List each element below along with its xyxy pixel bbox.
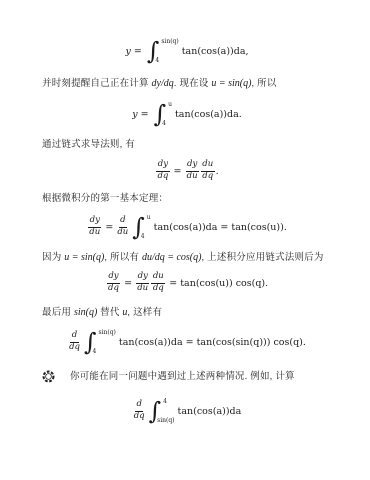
integral-lower-limit: sin(q) bbox=[157, 418, 174, 424]
formula-y-integral-u: y = ∫ u 4 tan(cos(a))da. bbox=[42, 99, 332, 129]
integral-limits: u 4 bbox=[145, 214, 151, 241]
integral: ∫ u 4 bbox=[154, 101, 172, 128]
fraction-denominator: du bbox=[137, 284, 148, 294]
paragraph: 根据微积分的第一基本定理： bbox=[42, 190, 332, 207]
integral: ∫ sin(q) 4 bbox=[147, 38, 179, 65]
fraction: dydu bbox=[136, 272, 149, 294]
integrand: tan(cos(a))da bbox=[154, 222, 218, 233]
formula-rhs: tan(cos(sin(q))) cos(q). bbox=[197, 337, 306, 348]
integral-lower-limit: 4 bbox=[155, 58, 178, 64]
formula-chain-rule: dydq = dydu dudq . bbox=[42, 159, 332, 183]
fraction: ddu bbox=[117, 216, 128, 238]
fraction-numerator: du bbox=[151, 272, 165, 283]
integral-lower-limit: 4 bbox=[141, 234, 151, 240]
formula-y-integral-sinq: y = ∫ sin(q) 4 tan(cos(a))da, bbox=[42, 36, 332, 66]
text-run: , 上述积分应用链式法则后为 bbox=[201, 252, 323, 263]
fraction: ddq bbox=[69, 331, 80, 353]
equals-sign: = bbox=[174, 166, 182, 177]
formula-lhs: y = bbox=[125, 46, 141, 57]
text-run: , 这样有 bbox=[127, 307, 162, 318]
fraction-numerator: d bbox=[119, 216, 127, 227]
inline-math: sin(q) bbox=[74, 307, 97, 318]
integral-upper-limit: sin(q) bbox=[161, 39, 178, 45]
integrand: tan(cos(a))da bbox=[178, 406, 242, 417]
fraction: dydq bbox=[107, 272, 120, 294]
text-run: 最后用 bbox=[42, 307, 74, 318]
fraction-numerator: dy bbox=[88, 216, 101, 227]
integral-upper-limit: u bbox=[168, 102, 172, 108]
integral-lower-limit: 4 bbox=[92, 349, 115, 355]
equals-sign: = bbox=[220, 222, 228, 233]
fraction-numerator: dy bbox=[186, 160, 199, 171]
text-run: 根据微积分的第一基本定理： bbox=[42, 193, 168, 204]
formula-lhs: y = bbox=[132, 109, 148, 120]
fraction-denominator: dq bbox=[202, 172, 213, 182]
integrand: tan(cos(a))da, bbox=[182, 46, 249, 57]
lifebuoy-icon bbox=[42, 370, 55, 383]
fraction-denominator: dq bbox=[153, 284, 164, 294]
fraction-numerator: dy bbox=[156, 160, 169, 171]
formula-rhs: tan(cos(u)). bbox=[231, 222, 286, 233]
formula-chain-rule-applied: dydq = dydu dudq = tan(cos(u)) cos(q). bbox=[42, 271, 332, 295]
paragraph: 最后用 sin(q) 替代 u, 这样有 bbox=[42, 304, 332, 321]
integral: ∫ sin(q) 4 bbox=[84, 329, 116, 356]
fraction: ddq bbox=[134, 400, 145, 422]
integrand: tan(cos(a))da bbox=[119, 337, 183, 348]
fraction-denominator: dq bbox=[134, 412, 145, 422]
fraction-denominator: du bbox=[187, 172, 198, 182]
text-run: 你可能在同一问题中遇到过上述两种情况. 例如, 计算 bbox=[70, 371, 295, 382]
inline-math: du/dq = cos(q) bbox=[142, 252, 202, 263]
integral-limits: u 4 bbox=[166, 101, 172, 128]
fraction-numerator: du bbox=[201, 160, 215, 171]
integral-limits: sin(q) 4 bbox=[159, 38, 178, 65]
formula-example-problem: ddq ∫ 4 sin(q) tan(cos(a))da bbox=[42, 394, 332, 428]
integral-lower-limit: 4 bbox=[162, 121, 172, 127]
fraction-numerator: dy bbox=[136, 272, 149, 283]
fraction-denominator: dq bbox=[69, 343, 80, 353]
text-run: . 现在设 bbox=[174, 78, 212, 89]
note-row: 你可能在同一问题中遇到过上述两种情况. 例如, 计算 bbox=[42, 368, 332, 385]
fraction-numerator: d bbox=[135, 400, 143, 411]
integral: ∫ 4 sin(q) bbox=[149, 398, 175, 425]
text-run: 并时刻提醒自己正在计算 bbox=[42, 78, 152, 89]
integrand: tan(cos(a))da. bbox=[175, 109, 242, 120]
integral: ∫ u 4 bbox=[132, 214, 150, 241]
fraction-denominator: du bbox=[89, 228, 100, 238]
paragraph: 因为 u = sin(q), 所以有 du/dq = cos(q), 上述积分应… bbox=[42, 249, 332, 266]
text-run: , 所以有 bbox=[104, 252, 142, 263]
paragraph: 通过链式求导法则, 有 bbox=[42, 136, 332, 153]
fraction: dydu bbox=[186, 160, 199, 182]
equals-sign: = bbox=[186, 337, 194, 348]
fraction-numerator: d bbox=[70, 331, 78, 342]
fraction: dydq bbox=[156, 160, 169, 182]
text-run: 通过链式求导法则, 有 bbox=[42, 139, 135, 150]
paragraph: 并时刻提醒自己正在计算 dy/dq. 现在设 u = sin(q), 所以 bbox=[42, 75, 332, 92]
equals-sign: = bbox=[124, 278, 132, 289]
fraction: dudq bbox=[201, 160, 215, 182]
integral-limits: sin(q) 4 bbox=[96, 329, 115, 356]
formula-final-result: ddq ∫ sin(q) 4 tan(cos(a))da = tan(cos(s… bbox=[42, 327, 332, 357]
fraction-denominator: dq bbox=[157, 172, 168, 182]
text-run: 因为 bbox=[42, 252, 64, 263]
book-page: y = ∫ sin(q) 4 tan(cos(a))da, 并时刻提醒自己正在计… bbox=[0, 0, 370, 480]
inline-math: u = sin(q) bbox=[64, 252, 104, 263]
integral-limits: 4 sin(q) bbox=[161, 398, 174, 425]
fraction: dudq bbox=[151, 272, 165, 294]
integral-upper-limit: sin(q) bbox=[98, 330, 115, 336]
text-run: 替代 bbox=[97, 307, 122, 318]
fraction-numerator: dy bbox=[107, 272, 120, 283]
equals-sign: = bbox=[169, 278, 177, 289]
inline-math: u = sin(q) bbox=[211, 78, 251, 89]
fraction-denominator: du bbox=[117, 228, 128, 238]
formula-rhs: tan(cos(u)) cos(q). bbox=[180, 278, 268, 289]
integral-upper-limit: 4 bbox=[163, 399, 174, 405]
formula-ftc: dydu = ddu ∫ u 4 tan(cos(a))da = tan(cos… bbox=[42, 212, 332, 242]
note-text: 你可能在同一问题中遇到过上述两种情况. 例如, 计算 bbox=[70, 368, 295, 385]
integral-upper-limit: u bbox=[147, 215, 151, 221]
equals-sign: = bbox=[105, 222, 113, 233]
fraction-denominator: dq bbox=[108, 284, 119, 294]
period: . bbox=[216, 166, 219, 177]
text-run: , 所以 bbox=[251, 78, 276, 89]
inline-math: dy/dq bbox=[152, 78, 174, 89]
fraction: dydu bbox=[88, 216, 101, 238]
